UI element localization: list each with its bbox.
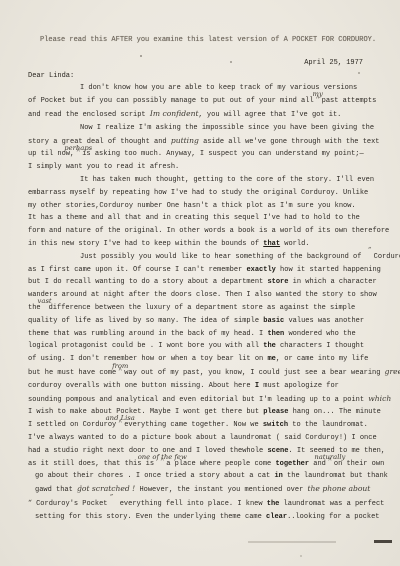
typed-text: sounding pompous and analytical and even… xyxy=(28,396,368,404)
typed-text: I settled on Corduroy xyxy=(28,421,116,429)
letter-line: It has taken much thought, getting to th… xyxy=(80,174,396,187)
typed-text: that xyxy=(263,240,280,248)
letter-line: my other stories,Corduroy number One has… xyxy=(28,200,396,213)
typed-text: but I do recall wanting to do a story ab… xyxy=(28,278,267,286)
letter-line: gawd that got scratched ! However, the i… xyxy=(35,483,396,497)
typed-text: characters I thought xyxy=(276,342,364,350)
handwritten-insertion: one of the few^ xyxy=(158,458,166,465)
handwritten-text: the phone about xyxy=(307,484,370,493)
typed-text: world. xyxy=(280,240,309,248)
handwritten-text: green xyxy=(385,367,400,376)
typed-text: me xyxy=(267,355,275,363)
letter-line: embarrass myself by repeating how I've h… xyxy=(28,187,396,200)
typed-text: everything fell into place. I knew xyxy=(116,500,267,508)
letter-line: I don't know how you are able to keep tr… xyxy=(80,82,396,95)
letter-line: setting for this story. Even the underly… xyxy=(35,511,396,524)
typed-text: , or came into my life xyxy=(276,355,368,363)
scan-edge-artifact xyxy=(374,540,392,543)
scan-streak-artifact xyxy=(248,541,336,543)
typed-text: setting for this story. Even the underly… xyxy=(35,513,266,521)
typed-text: Now I realize I'm asking the impossible … xyxy=(80,124,374,132)
typed-text: in xyxy=(274,472,282,480)
letter-line: of using. I don't remember how or when a… xyxy=(28,353,396,366)
handwritten-insertion: naturally^ xyxy=(326,458,334,465)
typed-text: the laundromat but thank xyxy=(283,472,388,480)
typed-text: laundromat was a perfect xyxy=(279,500,384,508)
typed-text: the xyxy=(267,500,280,508)
salutation: Dear Linda: xyxy=(28,70,396,83)
typed-text: and read the enclosed script xyxy=(28,111,150,119)
typed-text: go about their chores . I once tried a s… xyxy=(35,472,274,480)
handwritten-text: putting xyxy=(171,136,199,145)
typed-text: my other stories,Corduroy number One has… xyxy=(28,202,356,210)
typed-text: values was another xyxy=(284,317,364,325)
typed-text: way out of my past, you know, I could ju… xyxy=(124,369,384,377)
letter-line: I simply want you to read it afresh. xyxy=(28,161,396,174)
typed-text: of Pocket but if you can possibly manage… xyxy=(28,97,314,105)
typed-text: wondered who the xyxy=(284,330,355,338)
typed-text: I wish to make about Pocket. Maybe I won… xyxy=(28,408,263,416)
letter-body: I don't know how you are able to keep tr… xyxy=(28,82,396,523)
letter-line: wanders around at night after the doors … xyxy=(28,289,396,302)
letter-line: form and nature of the original. In othe… xyxy=(28,225,396,238)
typed-text: switch xyxy=(263,421,288,429)
handwritten-insertion: vast xyxy=(41,302,49,309)
letter-line: I wish to make about Pocket. Maybe I won… xyxy=(28,406,396,419)
letter-line: and read the enclosed script Im confiden… xyxy=(28,108,396,122)
typed-text: form and nature of the original. In othe… xyxy=(28,227,389,235)
typed-text: please xyxy=(263,408,288,416)
typed-text: story a great deal of thought and xyxy=(28,138,171,146)
handwritten-insertion: perhaps^ xyxy=(74,148,82,155)
typed-text: It has a theme and all that and in creat… xyxy=(28,214,360,222)
letter-line: “ Corduroy's Pocket” everything fell int… xyxy=(28,497,396,511)
typed-text: in which a character xyxy=(288,278,376,286)
letter-line: as I first came upon it. Of course I can… xyxy=(28,264,396,277)
letter-line: quality of life as lived by so many. The… xyxy=(28,315,396,328)
letter-line: as it still does, that this is one of th… xyxy=(28,458,396,471)
scan-noise xyxy=(140,55,142,57)
typed-text: Corduroy xyxy=(374,253,400,261)
letter-line: Now I realize I'm asking the impossible … xyxy=(80,122,396,135)
typed-text: Just possibly you would like to hear som… xyxy=(80,253,366,261)
typed-text: to the laundromat. xyxy=(288,421,368,429)
typed-text: embarrass myself by repeating how I've h… xyxy=(28,189,368,197)
typed-text: is asking too much. Anyway, I suspect yo… xyxy=(82,150,363,158)
handwritten-insertion: and Lisa^ xyxy=(116,419,124,426)
handwritten-text: Im confident xyxy=(150,109,199,118)
handwritten-insertion: “ xyxy=(366,251,374,258)
handwritten-text: which xyxy=(368,394,391,403)
typed-text: how it started happening xyxy=(276,266,381,274)
handwritten-insertion: ” xyxy=(108,498,116,505)
typed-text: ..looking for a pocket xyxy=(287,513,379,521)
typed-text: difference between the luxury of a depar… xyxy=(49,304,356,312)
typed-text: must apologize for xyxy=(259,382,339,390)
letter-line: of Pocket but if you can possibly manage… xyxy=(28,95,396,108)
letter-line: go about their chores . I once tried a s… xyxy=(35,470,396,483)
letter-line: I settled on Corduroyand Lisa^everything… xyxy=(28,419,396,432)
typed-text: , you will agree that I've got it. xyxy=(199,111,342,119)
typed-text: It has taken much thought, getting to th… xyxy=(80,176,374,184)
letter-line: sounding pompous and analytical and even… xyxy=(28,393,396,407)
typed-text: scene xyxy=(267,447,288,455)
typed-text: logical protagonist could be . I wont bo… xyxy=(28,342,263,350)
letter-line: thevastdifference between the luxury of … xyxy=(28,302,396,315)
handwritten-text: got scratched ! xyxy=(77,484,135,493)
typed-text: theme that was rumbling around in the ba… xyxy=(28,330,267,338)
handwritten-insertion: from^ xyxy=(116,367,124,374)
typed-text: everything came together. Now we xyxy=(124,421,263,429)
typed-text: store xyxy=(267,278,288,286)
typed-text: in this new story I've had to keep withi… xyxy=(28,240,263,248)
typed-text: quality of life as lived by so many. The… xyxy=(28,317,263,325)
letter-line: in this new story I've had to keep withi… xyxy=(28,238,396,251)
handwritten-insertion: my^ xyxy=(314,95,322,102)
typed-text: basic xyxy=(263,317,284,325)
typed-text: as I first came upon it. Of course I can… xyxy=(28,266,246,274)
typed-text: I've always wanted to do a picture book … xyxy=(28,434,377,442)
typed-text: aside all we've gone through with the te… xyxy=(199,138,380,146)
typed-text: of using. I don't remember how or when a… xyxy=(28,355,267,363)
typed-text: hang on... The minute xyxy=(288,408,380,416)
header-note: Please read this AFTER you examine this … xyxy=(40,34,396,47)
typed-text: I simply want you to read it afresh. xyxy=(28,163,179,171)
letter-line: but I do recall wanting to do a story ab… xyxy=(28,276,396,289)
letter-line: up til now,perhaps^is asking too much. A… xyxy=(28,148,396,161)
typed-text: exactly xyxy=(246,266,275,274)
typed-text: the xyxy=(263,342,276,350)
typed-text: then xyxy=(267,330,284,338)
letter-line: I've always wanted to do a picture book … xyxy=(28,432,396,445)
typed-text: However, the instant you mentioned over xyxy=(135,486,307,494)
typed-text: gawd that xyxy=(35,486,77,494)
typed-text: clear xyxy=(266,513,287,521)
typed-text: wanders around at night after the doors … xyxy=(28,291,377,299)
typed-text: together xyxy=(275,460,309,468)
letter-line: Just possibly you would like to hear som… xyxy=(80,251,396,264)
letter-line: corduroy overalls with one button missin… xyxy=(28,380,396,393)
typed-text: but he must have come xyxy=(28,369,116,377)
typed-text: corduroy overalls with one button missin… xyxy=(28,382,255,390)
typed-text: past attempts xyxy=(322,97,377,105)
letter-line: but he must have comefrom^way out of my … xyxy=(28,366,396,380)
typed-text: Corduroy's Pocket xyxy=(32,500,108,508)
letter-date: April 25, 1977 xyxy=(28,57,396,70)
letter-page: Please read this AFTER you examine this … xyxy=(0,0,400,566)
letter-line: logical protagonist could be . I wont bo… xyxy=(28,340,396,353)
letter-line: theme that was rumbling around in the ba… xyxy=(28,328,396,341)
letter-line: It has a theme and all that and in creat… xyxy=(28,212,396,225)
